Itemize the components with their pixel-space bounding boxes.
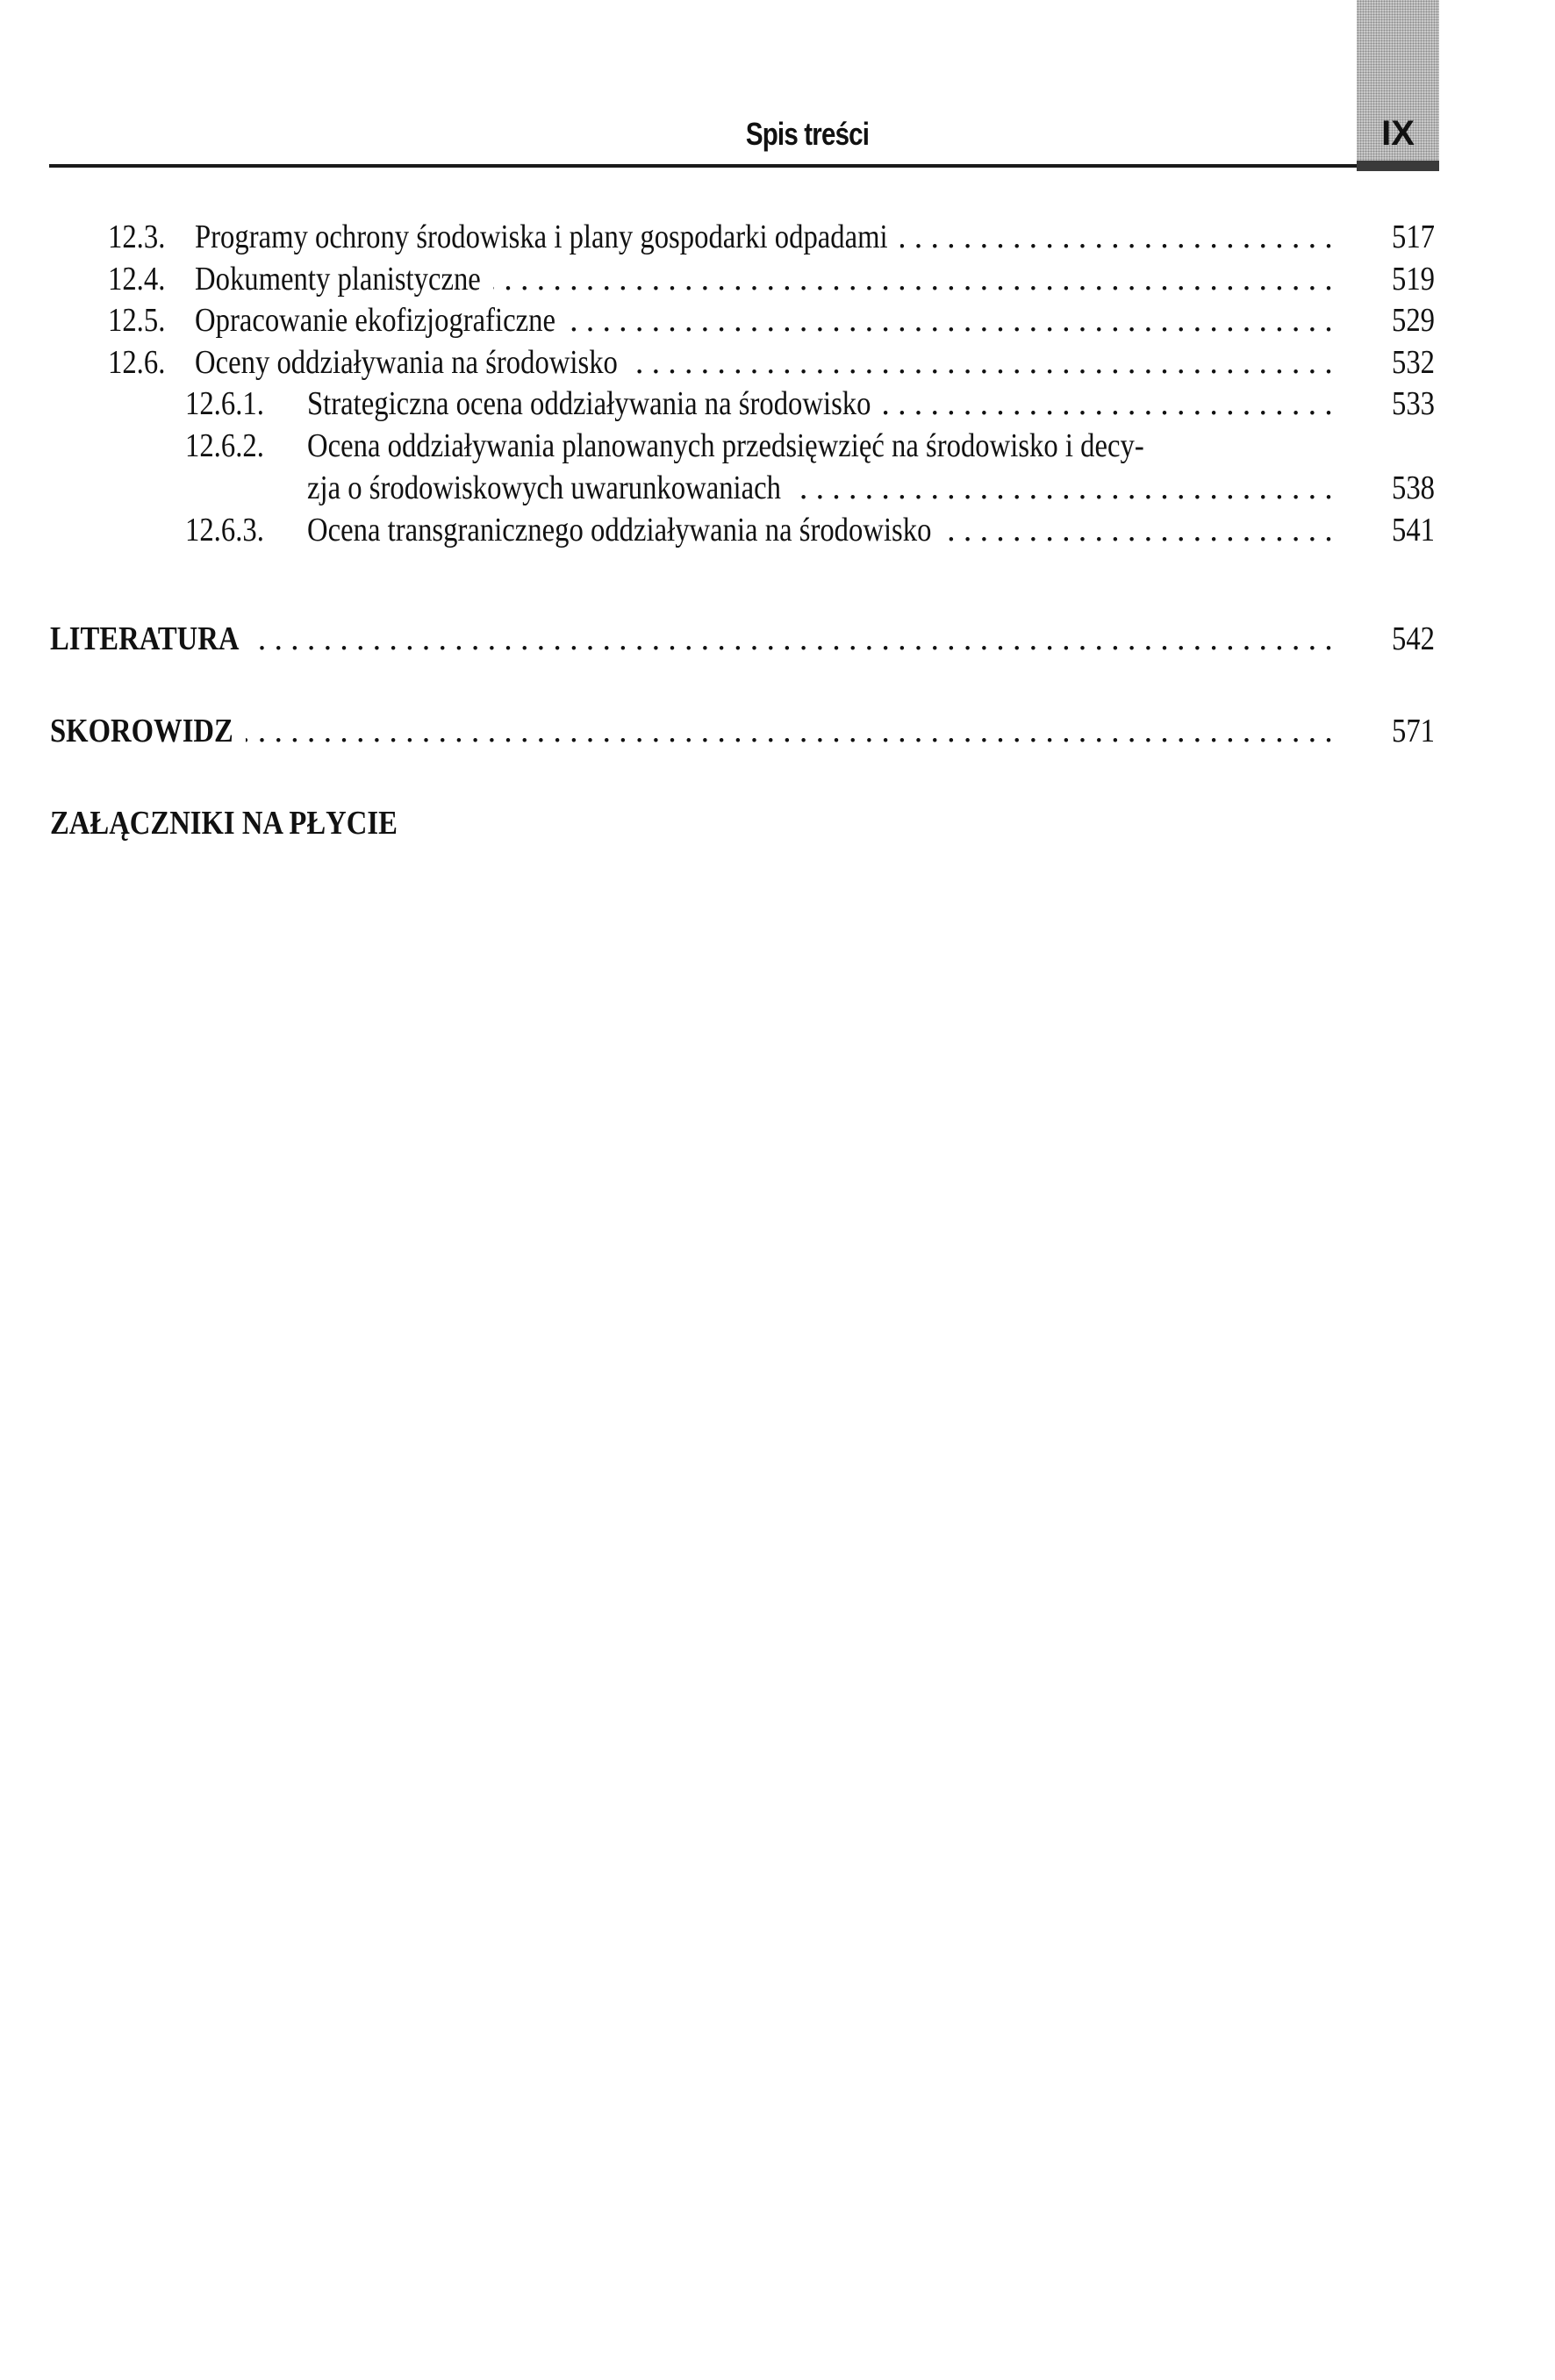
toc-entry-title-continuation: zja o środowiskowych uwarunkowaniach: [307, 467, 781, 509]
toc-entry-literatura[interactable]: LITERATURA..............................…: [0, 618, 1555, 660]
running-header-title: Spis treści: [649, 116, 966, 153]
toc-entry-zalaczniki[interactable]: ZAŁĄCZNIKI NA PŁYCIE: [0, 802, 1555, 844]
dot-leader: ........................................…: [630, 341, 1341, 384]
toc-entry-page: 538: [1392, 467, 1437, 509]
toc-entry-number: 12.5.: [108, 299, 165, 341]
toc-entry[interactable]: 12.6.1. Strategiczna ocena oddziaływania…: [0, 383, 1555, 425]
toc-entry-number: 12.6.: [108, 341, 165, 384]
dot-leader: ........................................…: [246, 710, 1341, 752]
toc-entry-title: Programy ochrony środowiska i plany gosp…: [195, 216, 888, 258]
toc-entry-number: 12.6.3.: [185, 509, 264, 551]
toc-entry-title: LITERATURA: [50, 618, 239, 660]
toc-entry-title: Dokumenty planistyczne: [195, 258, 481, 300]
toc-entry-page: 542: [1392, 618, 1437, 660]
dot-leader: ........................................…: [900, 216, 1341, 258]
dot-leader: ........................................…: [944, 509, 1341, 551]
toc-entry-number: 12.4.: [108, 258, 165, 300]
toc-entry-page: 541: [1392, 509, 1437, 551]
toc-entry-title: Ocena oddziaływania planowanych przedsię…: [307, 425, 1144, 467]
toc-entry[interactable]: 12.6. Oceny oddziaływania na środowisko.…: [0, 341, 1555, 384]
toc-entry[interactable]: 12.5. Opracowanie ekofizjograficzne.....…: [0, 299, 1555, 341]
toc-entry[interactable]: 12.3. Programy ochrony środowiska i plan…: [0, 216, 1555, 258]
header-rule: [49, 164, 1357, 168]
toc-entry-title: ZAŁĄCZNIKI NA PŁYCIE: [50, 802, 398, 844]
dot-leader: ........................................…: [568, 299, 1341, 341]
toc-entry[interactable]: 12.6.3. Ocena transgranicznego oddziaływ…: [0, 509, 1555, 551]
toc-entry-title: Ocena transgranicznego oddziaływania na …: [307, 509, 931, 551]
dot-leader: ........................................…: [493, 258, 1341, 300]
toc-entry-skorowidz[interactable]: SKOROWIDZ...............................…: [0, 710, 1555, 752]
dot-leader: ........................................…: [251, 618, 1341, 660]
toc-entry-continuation[interactable]: zja o środowiskowych uwarunkowaniach....…: [0, 467, 1555, 509]
toc-entry-title: Opracowanie ekofizjograficzne: [195, 299, 555, 341]
toc-entry-page: 519: [1392, 258, 1437, 300]
toc-entry[interactable]: 12.6.2. Ocena oddziaływania planowanych …: [0, 425, 1555, 467]
toc-entry-page: 529: [1392, 299, 1437, 341]
toc-entry-title: Oceny oddziaływania na środowisko: [195, 341, 618, 384]
page-number: IX: [1357, 114, 1439, 154]
toc-entry-page: 571: [1392, 710, 1437, 752]
toc-entry-number: 12.6.2.: [185, 425, 264, 467]
toc-entry[interactable]: 12.4. Dokumenty planistyczne............…: [0, 258, 1555, 300]
dot-leader: ........................................…: [884, 383, 1341, 425]
toc-entry-page: 517: [1392, 216, 1437, 258]
toc-entry-title: SKOROWIDZ: [50, 710, 233, 752]
toc-entry-number: 12.6.1.: [185, 383, 264, 425]
toc-entry-page: 532: [1392, 341, 1437, 384]
page-number-tab-bar: [1357, 161, 1439, 171]
dot-leader: ........................................…: [793, 467, 1341, 509]
toc-entry-number: 12.3.: [108, 216, 165, 258]
toc-entry-title: Strategiczna ocena oddziaływania na środ…: [307, 383, 871, 425]
toc-entry-page: 533: [1392, 383, 1437, 425]
